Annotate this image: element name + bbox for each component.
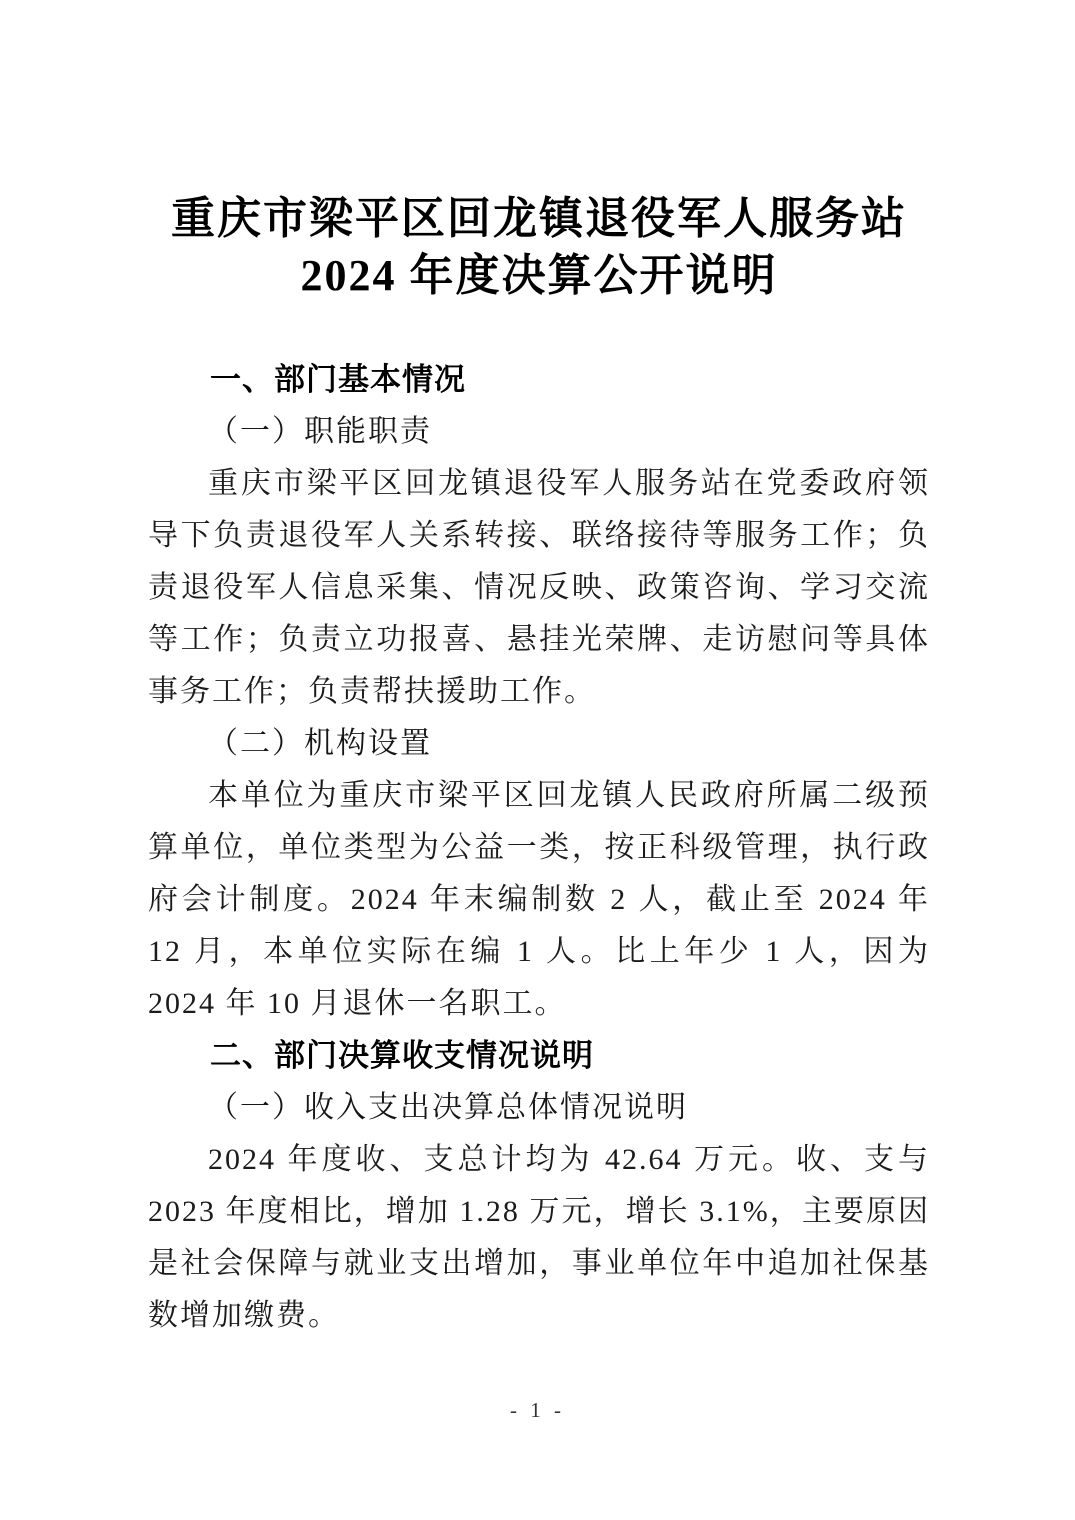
section-2-heading: 二、部门决算收支情况说明	[148, 1030, 930, 1082]
document-title: 重庆市梁平区回龙镇退役军人服务站 2024 年度决算公开说明	[148, 190, 930, 304]
paragraph-budget-summary: 2024 年度收、支总计均为 42.64 万元。收、支与 2023 年度相比，增…	[148, 1134, 930, 1342]
section-1-heading: 一、部门基本情况	[148, 354, 930, 406]
document-text-area: 重庆市梁平区回龙镇退役军人服务站 2024 年度决算公开说明 一、部门基本情况 …	[148, 190, 930, 1342]
document-title-line1: 重庆市梁平区回龙镇退役军人服务站	[148, 190, 930, 247]
document-title-line2: 2024 年度决算公开说明	[148, 247, 930, 304]
subsection-1-1-heading: （一）职能职责	[148, 406, 930, 458]
subsection-2-1-heading: （一）收入支出决算总体情况说明	[148, 1082, 930, 1134]
subsection-1-2-heading: （二）机构设置	[148, 718, 930, 770]
document-page: 重庆市梁平区回龙镇退役军人服务站 2024 年度决算公开说明 一、部门基本情况 …	[0, 0, 1075, 1520]
paragraph-organization: 本单位为重庆市梁平区回龙镇人民政府所属二级预算单位，单位类型为公益一类，按正科级…	[148, 770, 930, 1030]
page-number: - 1 -	[0, 1398, 1075, 1423]
document-body: 一、部门基本情况 （一）职能职责 重庆市梁平区回龙镇退役军人服务站在党委政府领导…	[148, 354, 930, 1342]
paragraph-duties: 重庆市梁平区回龙镇退役军人服务站在党委政府领导下负责退役军人关系转接、联络接待等…	[148, 458, 930, 718]
